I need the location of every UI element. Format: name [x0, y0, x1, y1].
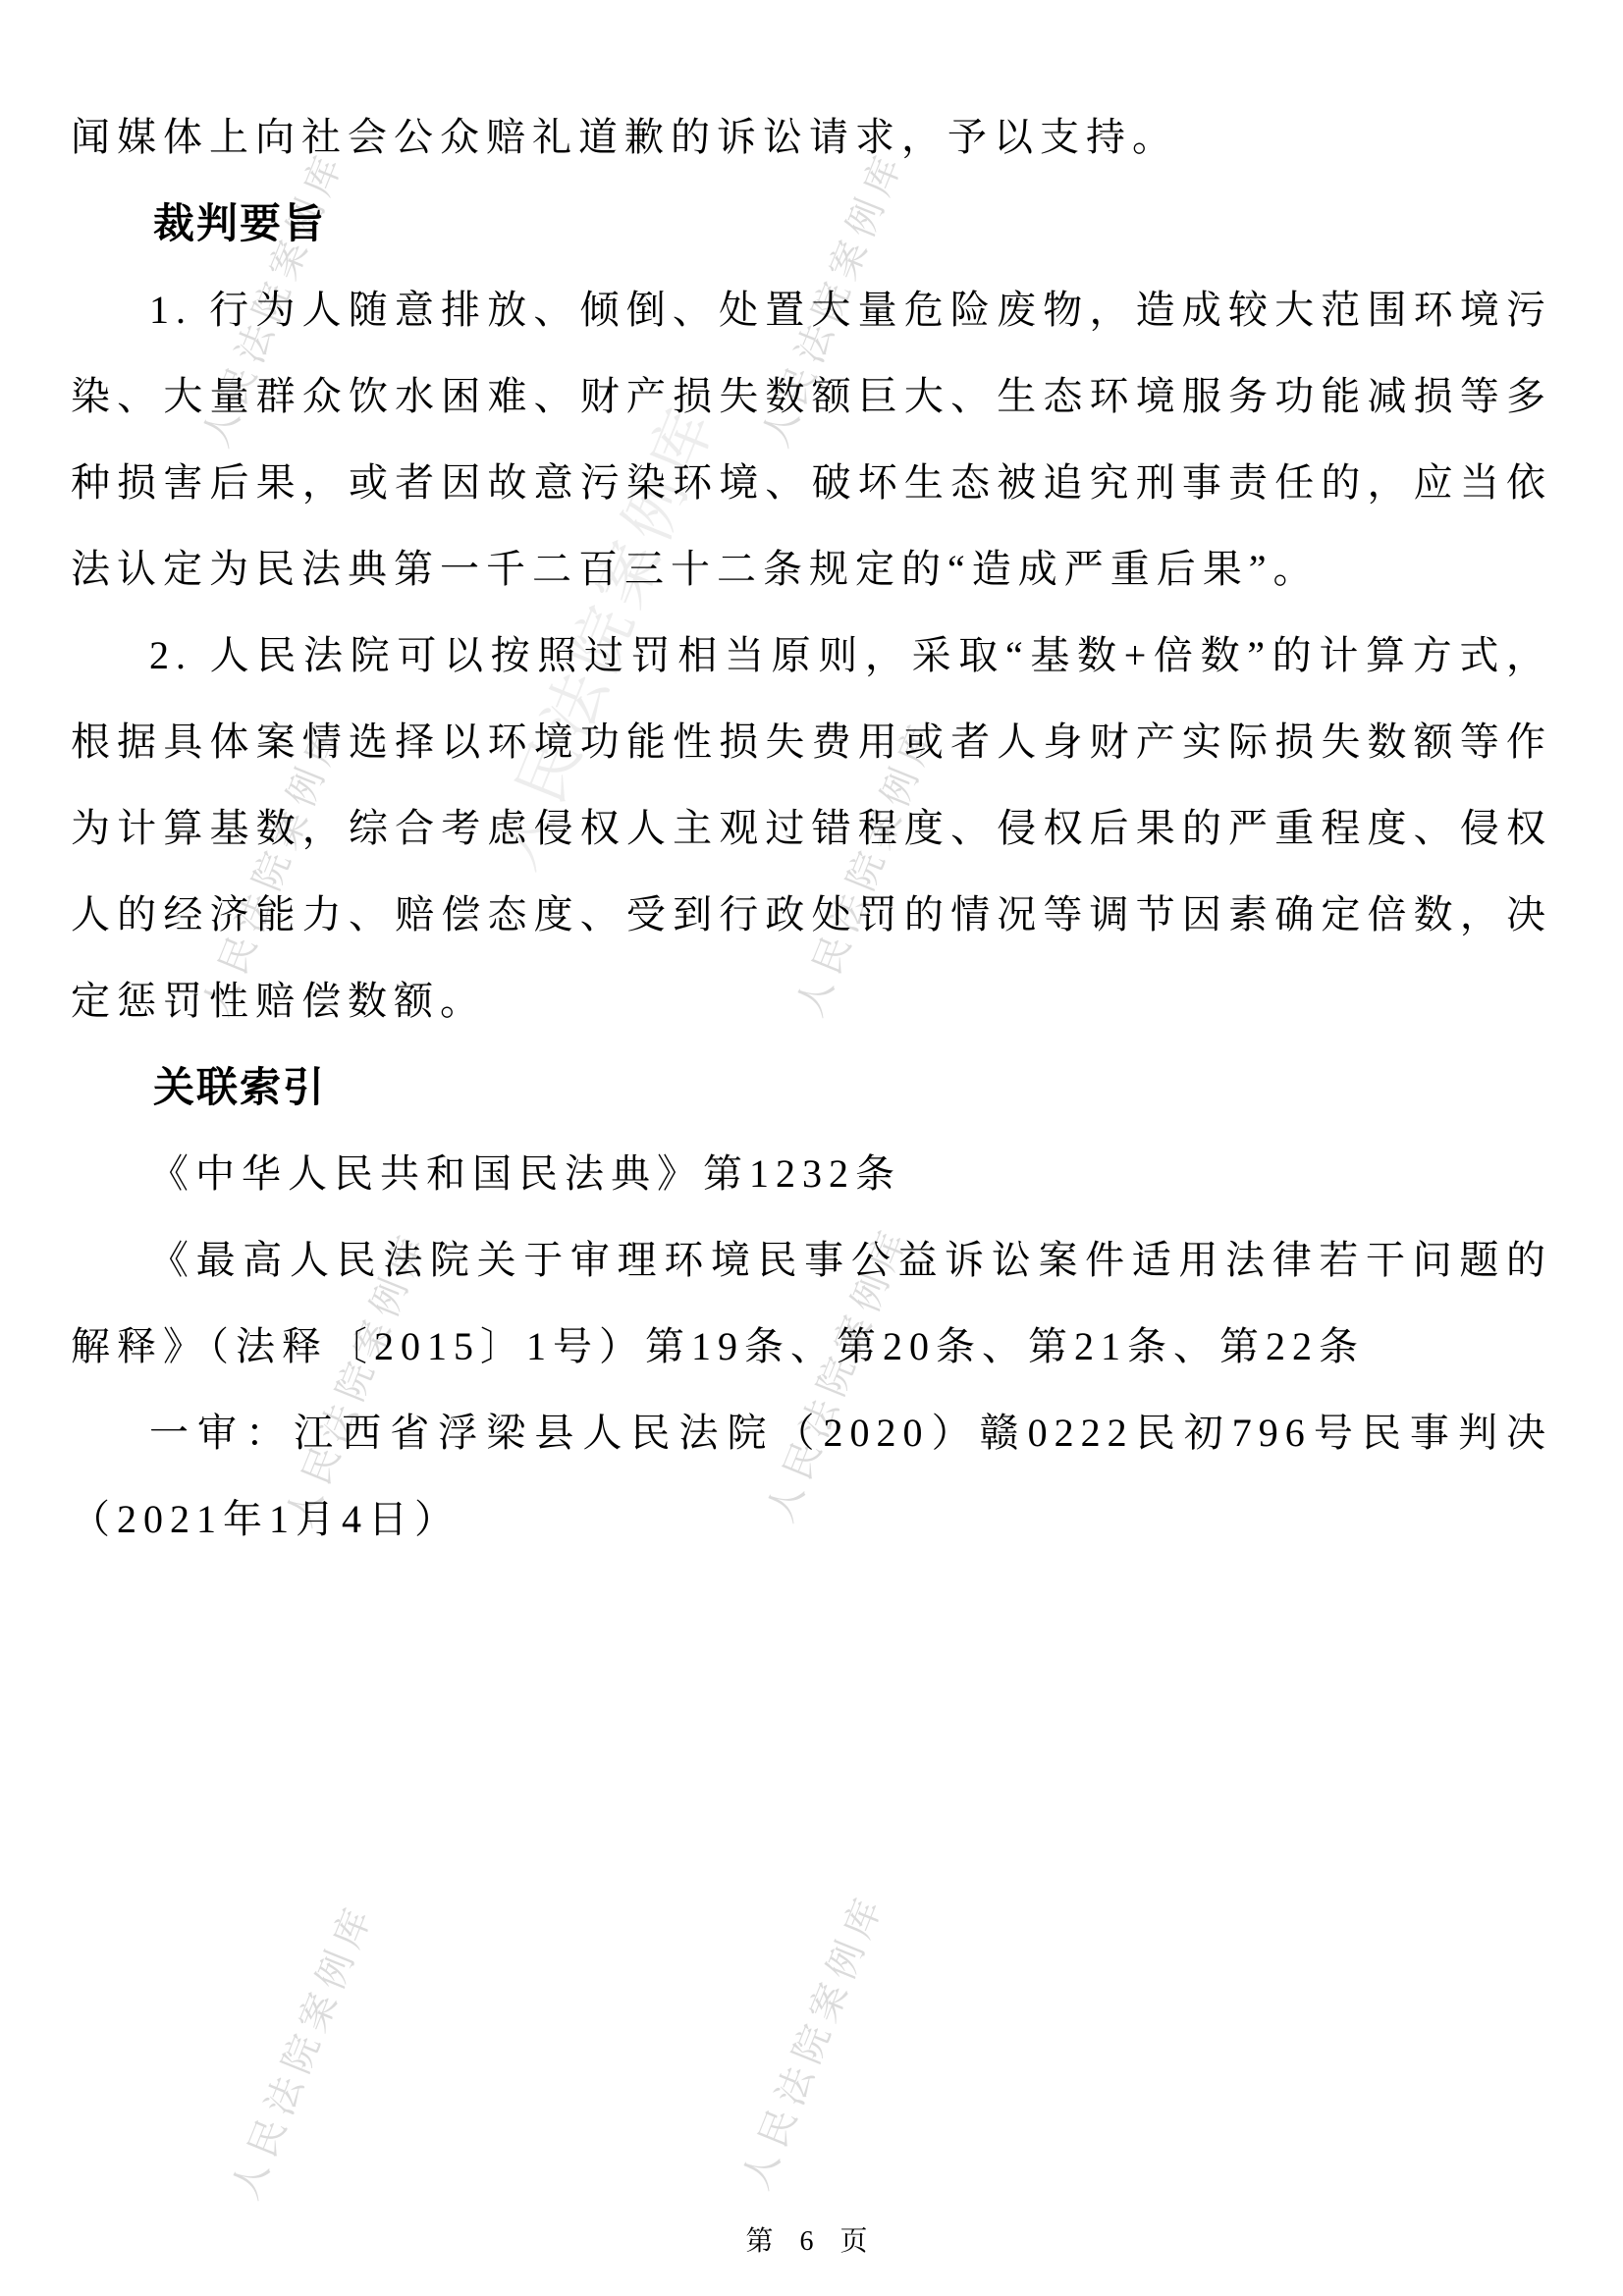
heading-related-index: 关联索引 — [71, 1044, 1552, 1131]
watermark-text: 人民法院案例库 — [723, 1875, 897, 2205]
gist-paragraph-1: 1. 行为人随意排放、倾倒、处置大量危险废物，造成较大范围环境污染、大量群众饮水… — [71, 267, 1552, 613]
document-body: 闻媒体上向社会公众赔礼道歉的诉讼请求，予以支持。 裁判要旨 1. 行为人随意排放… — [71, 94, 1552, 1563]
gist-paragraph-2: 2. 人民法院可以按照过罚相当原则，采取“基数+倍数”的计算方式，根据具体案情选… — [71, 613, 1552, 1044]
index-entry-judicial-interpretation: 《最高人民法院关于审理环境民事公益诉讼案件适用法律若干问题的解释》（法释〔201… — [71, 1217, 1552, 1390]
opening-continuation-line: 闻媒体上向社会公众赔礼道歉的诉讼请求，予以支持。 — [71, 94, 1552, 181]
heading-judgment-gist: 裁判要旨 — [71, 181, 1552, 267]
watermark-text: 人民法院案例库 — [212, 1885, 387, 2215]
document-page: { "page": { "watermark_text": "人民法院案例库",… — [0, 0, 1623, 2296]
index-entry-civil-code: 《中华人民共和国民法典》第1232条 — [71, 1131, 1552, 1217]
index-entry-first-instance-judgment: 一审：江西省浮梁县人民法院（2020）赣0222民初796号民事判决（2021年… — [71, 1390, 1552, 1563]
page-number: 第 6 页 — [0, 2219, 1623, 2259]
